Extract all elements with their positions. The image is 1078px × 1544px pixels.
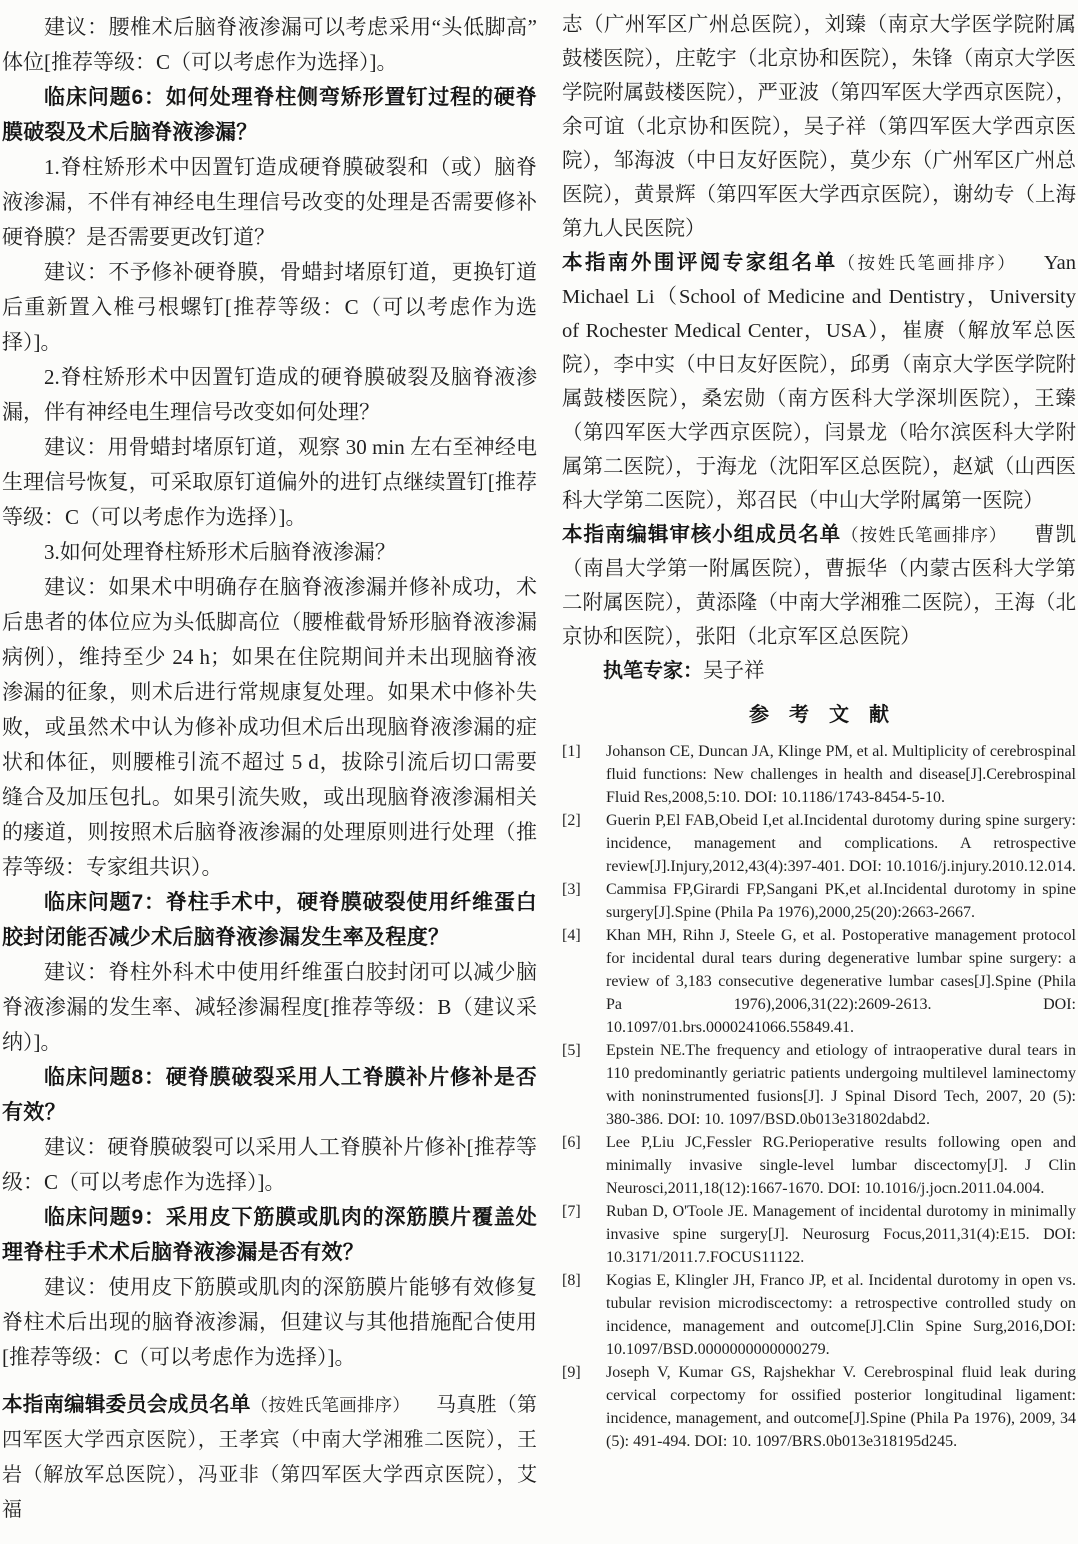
reference-number: [1]: [562, 740, 606, 809]
reference-number: [2]: [562, 809, 606, 878]
reference-item: [1] Johanson CE, Duncan JA, Klinge PM, e…: [562, 740, 1076, 809]
left-column: 建议：腰椎术后脑脊液渗漏可以考虑采用“头低脚高”体位[推荐等级：C（可以考虑作为…: [2, 10, 537, 1528]
lead-author-name: 吴子祥: [703, 660, 765, 682]
recommendation-sub-question-1: 建议：不予修补硬脊膜，骨蜡封堵原钉道，更换钉道后重新置入椎弓根螺钉[推荐等级：C…: [2, 255, 537, 360]
reference-number: [4]: [562, 924, 606, 1039]
external-review-panel-names: Yan Michael Li（School of Medicine and De…: [562, 252, 1076, 512]
reference-text: Cammisa FP,Girardi FP,Sangani PK,et al.I…: [606, 878, 1076, 924]
right-column: 志（广州军区广州总医院），刘臻（南京大学医学院附属鼓楼医院），庄乾宇（北京协和医…: [562, 8, 1076, 1453]
sort-note: （按姓氏笔画排序）: [838, 253, 1018, 273]
clinical-question-7-heading: 临床问题7：脊柱手术中，硬脊膜破裂使用纤维蛋白胶封闭能否减少术后脑脊液渗漏发生率…: [2, 885, 537, 955]
reference-item: [8] Kogias E, Klingler JH, Franco JP, et…: [562, 1269, 1076, 1361]
reference-text: Johanson CE, Duncan JA, Klinge PM, et al…: [606, 740, 1076, 809]
recommendation-question-7: 建议：脊柱外科术中使用纤维蛋白胶封闭可以减少脑脊液渗漏的发生率、减轻渗漏程度[推…: [2, 955, 537, 1060]
sub-question-1: 1.脊柱矫形术中因置钉造成硬脊膜破裂和（或）脑脊液渗漏，不伴有神经电生理信号改变…: [2, 150, 537, 255]
references-heading: 参 考 文 献: [562, 702, 1076, 728]
clinical-question-8-heading: 临床问题8：硬脊膜破裂采用人工脊膜补片修补是否有效？: [2, 1060, 537, 1130]
reference-text: Guerin P,El FAB,Obeid I,et al.Incidental…: [606, 809, 1076, 878]
reference-text: Kogias E, Klingler JH, Franco JP, et al.…: [606, 1269, 1076, 1361]
recommendation-question-8: 建议：硬脊膜破裂可以采用人工脊膜补片修补[推荐等级：C（可以考虑作为选择）]。: [2, 1130, 537, 1200]
reference-number: [7]: [562, 1200, 606, 1269]
references-list: [1] Johanson CE, Duncan JA, Klinge PM, e…: [562, 740, 1076, 1453]
external-review-panel-title: 本指南外围评阅专家组名单: [562, 251, 838, 274]
sub-question-2: 2.脊柱矫形术中因置钉造成的硬脊膜破裂及脑脊液渗漏，伴有神经电生理信号改变如何处…: [2, 360, 537, 430]
clinical-question-6-heading: 临床问题6：如何处理脊柱侧弯矫形置钉过程的硬脊膜破裂及术后脑脊液渗漏？: [2, 80, 537, 150]
reference-text: Ruban D, O'Toole JE. Management of incid…: [606, 1200, 1076, 1269]
lead-author-label: 执笔专家：: [603, 660, 703, 682]
journal-article-page: 建议：腰椎术后脑脊液渗漏可以考虑采用“头低脚高”体位[推荐等级：C（可以考虑作为…: [0, 0, 1078, 1544]
reference-number: [5]: [562, 1039, 606, 1131]
reference-item: [9] Joseph V, Kumar GS, Rajshekhar V. Ce…: [562, 1361, 1076, 1453]
recommendation-lumbar-position: 建议：腰椎术后脑脊液渗漏可以考虑采用“头低脚高”体位[推荐等级：C（可以考虑作为…: [2, 10, 537, 80]
clinical-question-9-heading: 临床问题9：采用皮下筋膜或肌肉的深筋膜片覆盖处理脊柱手术术后脑脊液渗漏是否有效？: [2, 1200, 537, 1270]
reference-number: [9]: [562, 1361, 606, 1453]
reference-text: Joseph V, Kumar GS, Rajshekhar V. Cerebr…: [606, 1361, 1076, 1453]
reference-item: [5] Epstein NE.The frequency and etiolog…: [562, 1039, 1076, 1131]
editorial-audit-group-title: 本指南编辑审核小组成员名单: [562, 523, 841, 546]
recommendation-sub-question-2: 建议：用骨蜡封堵原钉道，观察 30 min 左右至神经电生理信号恢复，可采取原钉…: [2, 430, 537, 535]
reference-item: [3] Cammisa FP,Girardi FP,Sangani PK,et …: [562, 878, 1076, 924]
external-review-panel-list: 本指南外围评阅专家组名单（按姓氏笔画排序）Yan Michael Li（Scho…: [562, 246, 1076, 518]
editorial-committee-list: 本指南编辑委员会成员名单（按姓氏笔画排序）马真胜（第四军医大学西京医院），王孝宾…: [2, 1387, 537, 1528]
editorial-audit-group-list: 本指南编辑审核小组成员名单（按姓氏笔画排序）曹凯（南昌大学第一附属医院），曹振华…: [562, 518, 1076, 654]
reference-number: [3]: [562, 878, 606, 924]
reference-text: Epstein NE.The frequency and etiology of…: [606, 1039, 1076, 1131]
sort-note: （按姓氏笔画排序）: [841, 525, 1007, 545]
reference-text: Khan MH, Rihn J, Steele G, et al. Postop…: [606, 924, 1076, 1039]
editorial-committee-names-continued: 志（广州军区广州总医院），刘臻（南京大学医学院附属鼓楼医院），庄乾宇（北京协和医…: [562, 8, 1076, 246]
reference-number: [6]: [562, 1131, 606, 1200]
reference-number: [8]: [562, 1269, 606, 1361]
lead-author-line: 执笔专家：吴子祥: [562, 654, 1076, 688]
reference-item: [2] Guerin P,El FAB,Obeid I,et al.Incide…: [562, 809, 1076, 878]
recommendation-question-9: 建议：使用皮下筋膜或肌肉的深筋膜片能够有效修复脊柱术后出现的脑脊液渗漏，但建议与…: [2, 1270, 537, 1375]
sort-note: （按姓氏笔画排序）: [251, 1395, 410, 1415]
sub-question-3: 3.如何处理脊柱矫形术后脑脊液渗漏？: [2, 535, 537, 570]
recommendation-sub-question-3: 建议：如果术中明确存在脑脊液渗漏并修补成功，术后患者的体位应为头低脚高位（腰椎截…: [2, 570, 537, 885]
editorial-committee-title: 本指南编辑委员会成员名单: [2, 1393, 251, 1416]
reference-item: [6] Lee P,Liu JC,Fessler RG.Perioperativ…: [562, 1131, 1076, 1200]
reference-text: Lee P,Liu JC,Fessler RG.Perioperative re…: [606, 1131, 1076, 1200]
reference-item: [4] Khan MH, Rihn J, Steele G, et al. Po…: [562, 924, 1076, 1039]
reference-item: [7] Ruban D, O'Toole JE. Management of i…: [562, 1200, 1076, 1269]
